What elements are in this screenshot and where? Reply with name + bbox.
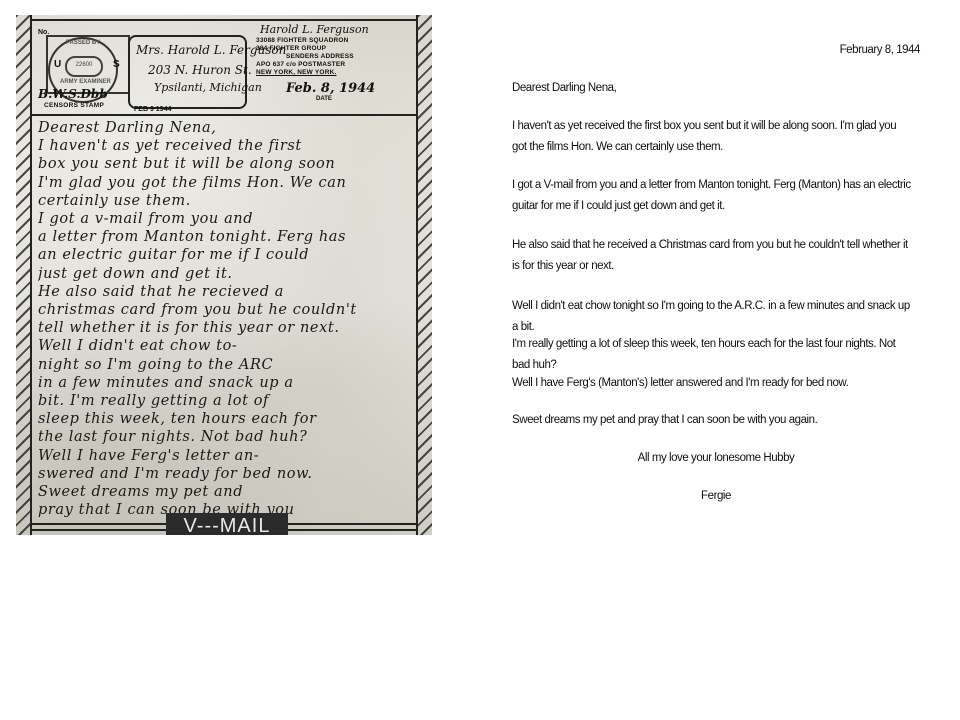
date-label: DATE bbox=[316, 96, 332, 102]
letter-paragraph: He also said that he received a Christma… bbox=[512, 235, 912, 277]
letter-closing: All my love your lonesome Hubby bbox=[512, 452, 920, 464]
handwritten-line: the last four nights. Not bad huh? bbox=[38, 428, 410, 446]
sender-line: 33088 FIGHTER SQUADRON bbox=[256, 37, 421, 45]
frame-line bbox=[30, 19, 418, 21]
postmark-date: FEB 9 1944 bbox=[134, 106, 171, 113]
handwritten-line: night so I'm going to the ARC bbox=[38, 356, 410, 374]
recipient-city: Ypsilanti, Michigan bbox=[154, 81, 262, 94]
handwritten-line: I'm glad you got the films Hon. We can bbox=[38, 174, 410, 192]
censor-stamp-number: 22600 bbox=[65, 56, 103, 77]
recipient-street: 203 N. Huron St. bbox=[148, 63, 252, 77]
border-hatching-left bbox=[16, 15, 30, 535]
handwritten-line: certainly use them. bbox=[38, 192, 410, 210]
handwritten-line: I got a v-mail from you and bbox=[38, 210, 410, 228]
frame-line bbox=[30, 15, 32, 535]
handwritten-letter-body: Dearest Darling Nena, I haven't as yet r… bbox=[38, 119, 410, 519]
letter-paragraph: Sweet dreams my pet and pray that I can … bbox=[512, 410, 912, 431]
handwritten-line: sleep this week, ten hours each for bbox=[38, 410, 410, 428]
censor-stamp-label: CENSORS STAMP bbox=[44, 102, 104, 109]
frame-line bbox=[416, 15, 418, 535]
sender-line: APO 637 c/o POSTMASTER bbox=[256, 61, 421, 69]
letter-paragraph: Well I didn't eat chow tonight so I'm go… bbox=[512, 296, 912, 338]
border-hatching-right bbox=[418, 15, 432, 535]
handwritten-line: a letter from Manton tonight. Ferg has bbox=[38, 228, 410, 246]
sender-date: Feb. 8, 1944 bbox=[286, 81, 375, 96]
handwritten-line: box you sent but it will be along soon bbox=[38, 155, 410, 173]
handwritten-line: Dearest Darling Nena, bbox=[38, 119, 410, 137]
letter-paragraph: I'm really getting a lot of sleep this w… bbox=[512, 334, 912, 376]
handwritten-line: an electric guitar for me if I could bbox=[38, 246, 410, 264]
censor-stamp-bottom-text: ARMY EXAMINER bbox=[60, 79, 111, 85]
handwritten-line: bit. I'm really getting a lot of bbox=[38, 392, 410, 410]
censor-stamp-top-text: PASSED BY bbox=[66, 40, 100, 46]
handwritten-line: I haven't as yet received the first bbox=[38, 137, 410, 155]
handwritten-line: He also said that he recieved a bbox=[38, 283, 410, 301]
header-divider bbox=[30, 114, 418, 116]
handwritten-line: Well I didn't eat chow to- bbox=[38, 337, 410, 355]
handwritten-line: in a few minutes and snack up a bbox=[38, 374, 410, 392]
handwritten-line: Sweet dreams my pet and bbox=[38, 483, 410, 501]
letter-paragraph: I haven't as yet received the first box … bbox=[512, 116, 912, 158]
censor-signature: B.W.S.Dbb bbox=[38, 87, 108, 101]
letter-signature: Fergie bbox=[512, 490, 920, 502]
letter-paragraph: Well I have Ferg's (Manton's) letter ans… bbox=[512, 373, 912, 394]
sender-signature: Harold L. Ferguson bbox=[260, 23, 369, 36]
letter-date: February 8, 1944 bbox=[512, 44, 920, 56]
handwritten-line: just get down and get it. bbox=[38, 265, 410, 283]
censor-stamp-letter-u: U bbox=[54, 59, 61, 70]
letter-salutation: Dearest Darling Nena, bbox=[512, 82, 616, 94]
handwritten-line: Well I have Ferg's letter an- bbox=[38, 447, 410, 465]
handwritten-line: christmas card from you but he couldn't bbox=[38, 301, 410, 319]
sender-address: 33088 FIGHTER SQUADRON 384 FIGHTER GROUP… bbox=[256, 37, 421, 77]
sender-line: 384 FIGHTER GROUP bbox=[256, 45, 421, 53]
vmail-letter-scan: No. PASSED BY U 22600 S ARMY EXAMINER B.… bbox=[16, 15, 432, 535]
handwritten-line: tell whether it is for this year or next… bbox=[38, 319, 410, 337]
sender-line: NEW YORK, NEW YORK. bbox=[256, 69, 421, 77]
letter-paragraph: I got a V-mail from you and a letter fro… bbox=[512, 175, 912, 217]
handwritten-line: swered and I'm ready for bed now. bbox=[38, 465, 410, 483]
vmail-banner: V---MAIL bbox=[166, 513, 288, 535]
sender-line: SENDERS ADDRESS bbox=[256, 53, 421, 61]
censor-stamp-letter-s: S bbox=[113, 59, 120, 70]
